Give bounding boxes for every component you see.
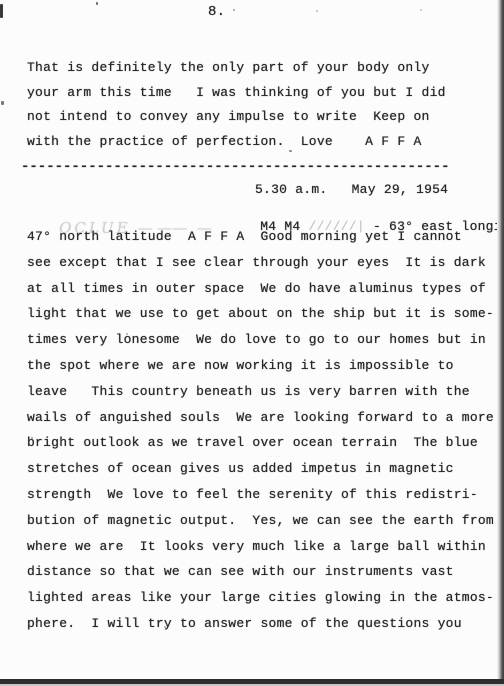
typed-line: wails of anguished souls We are looking … [27, 405, 494, 431]
typed-line: your arm this time I was thinking of you… [27, 81, 446, 106]
scan-speck [96, 2, 98, 5]
typed-line: times very lonesome We do love to go to … [27, 327, 494, 353]
typed-line: bution of magnetic output. Yes, we can s… [27, 508, 494, 534]
typed-line: bright outlook as we travel over ocean t… [27, 430, 494, 456]
page-number: 8. [208, 4, 225, 20]
typed-line: see except that I see clear through your… [27, 250, 494, 276]
typed-line: lighted areas like your large cities glo… [27, 585, 494, 611]
typed-line: where we are It looks very much like a l… [27, 534, 494, 560]
scan-speck [289, 150, 292, 152]
scanned-letter-page: 8. That is definitely the only part of y… [0, 0, 504, 686]
typed-line: the spot where we are now working it is … [27, 353, 494, 379]
typed-line: 47° north latitude A F F A Good morning … [27, 224, 494, 250]
scan-speck [316, 10, 318, 12]
scan-speck [420, 9, 422, 11]
scan-speck [164, 626, 166, 628]
typed-line: not intend to convey any impulse to writ… [27, 105, 446, 130]
typed-line: That is definitely the only part of your… [27, 56, 446, 81]
typed-line: with the practice of perfection. Love A … [27, 130, 446, 155]
dashed-separator-line: ----------------------------------------… [21, 160, 449, 174]
scan-speck [0, 4, 3, 18]
typed-line: stretches of ocean gives us added impetu… [27, 456, 494, 482]
typed-line: light that we use to get about on the sh… [27, 301, 494, 327]
scan-speck [31, 437, 33, 439]
top-paragraph: That is definitely the only part of your… [27, 56, 446, 154]
scan-speck [126, 333, 128, 335]
body-paragraph: 47° north latitude A F F A Good morning … [27, 224, 494, 637]
typed-line: strength We love to feel the serenity of… [27, 482, 494, 508]
date-line: 5.30 a.m. May 29, 1954 [255, 182, 448, 197]
typed-line: phere. I will try to answer some of the … [27, 611, 494, 637]
scan-speck [1, 101, 4, 105]
scan-speck [233, 9, 235, 11]
typed-line: at all times in outer space We do have a… [27, 276, 494, 302]
typed-line: distance so that we can see with our ins… [27, 559, 494, 585]
page-edge-shadow-right [497, 0, 504, 686]
typed-line: leave This country beneath us is very ba… [27, 379, 494, 405]
